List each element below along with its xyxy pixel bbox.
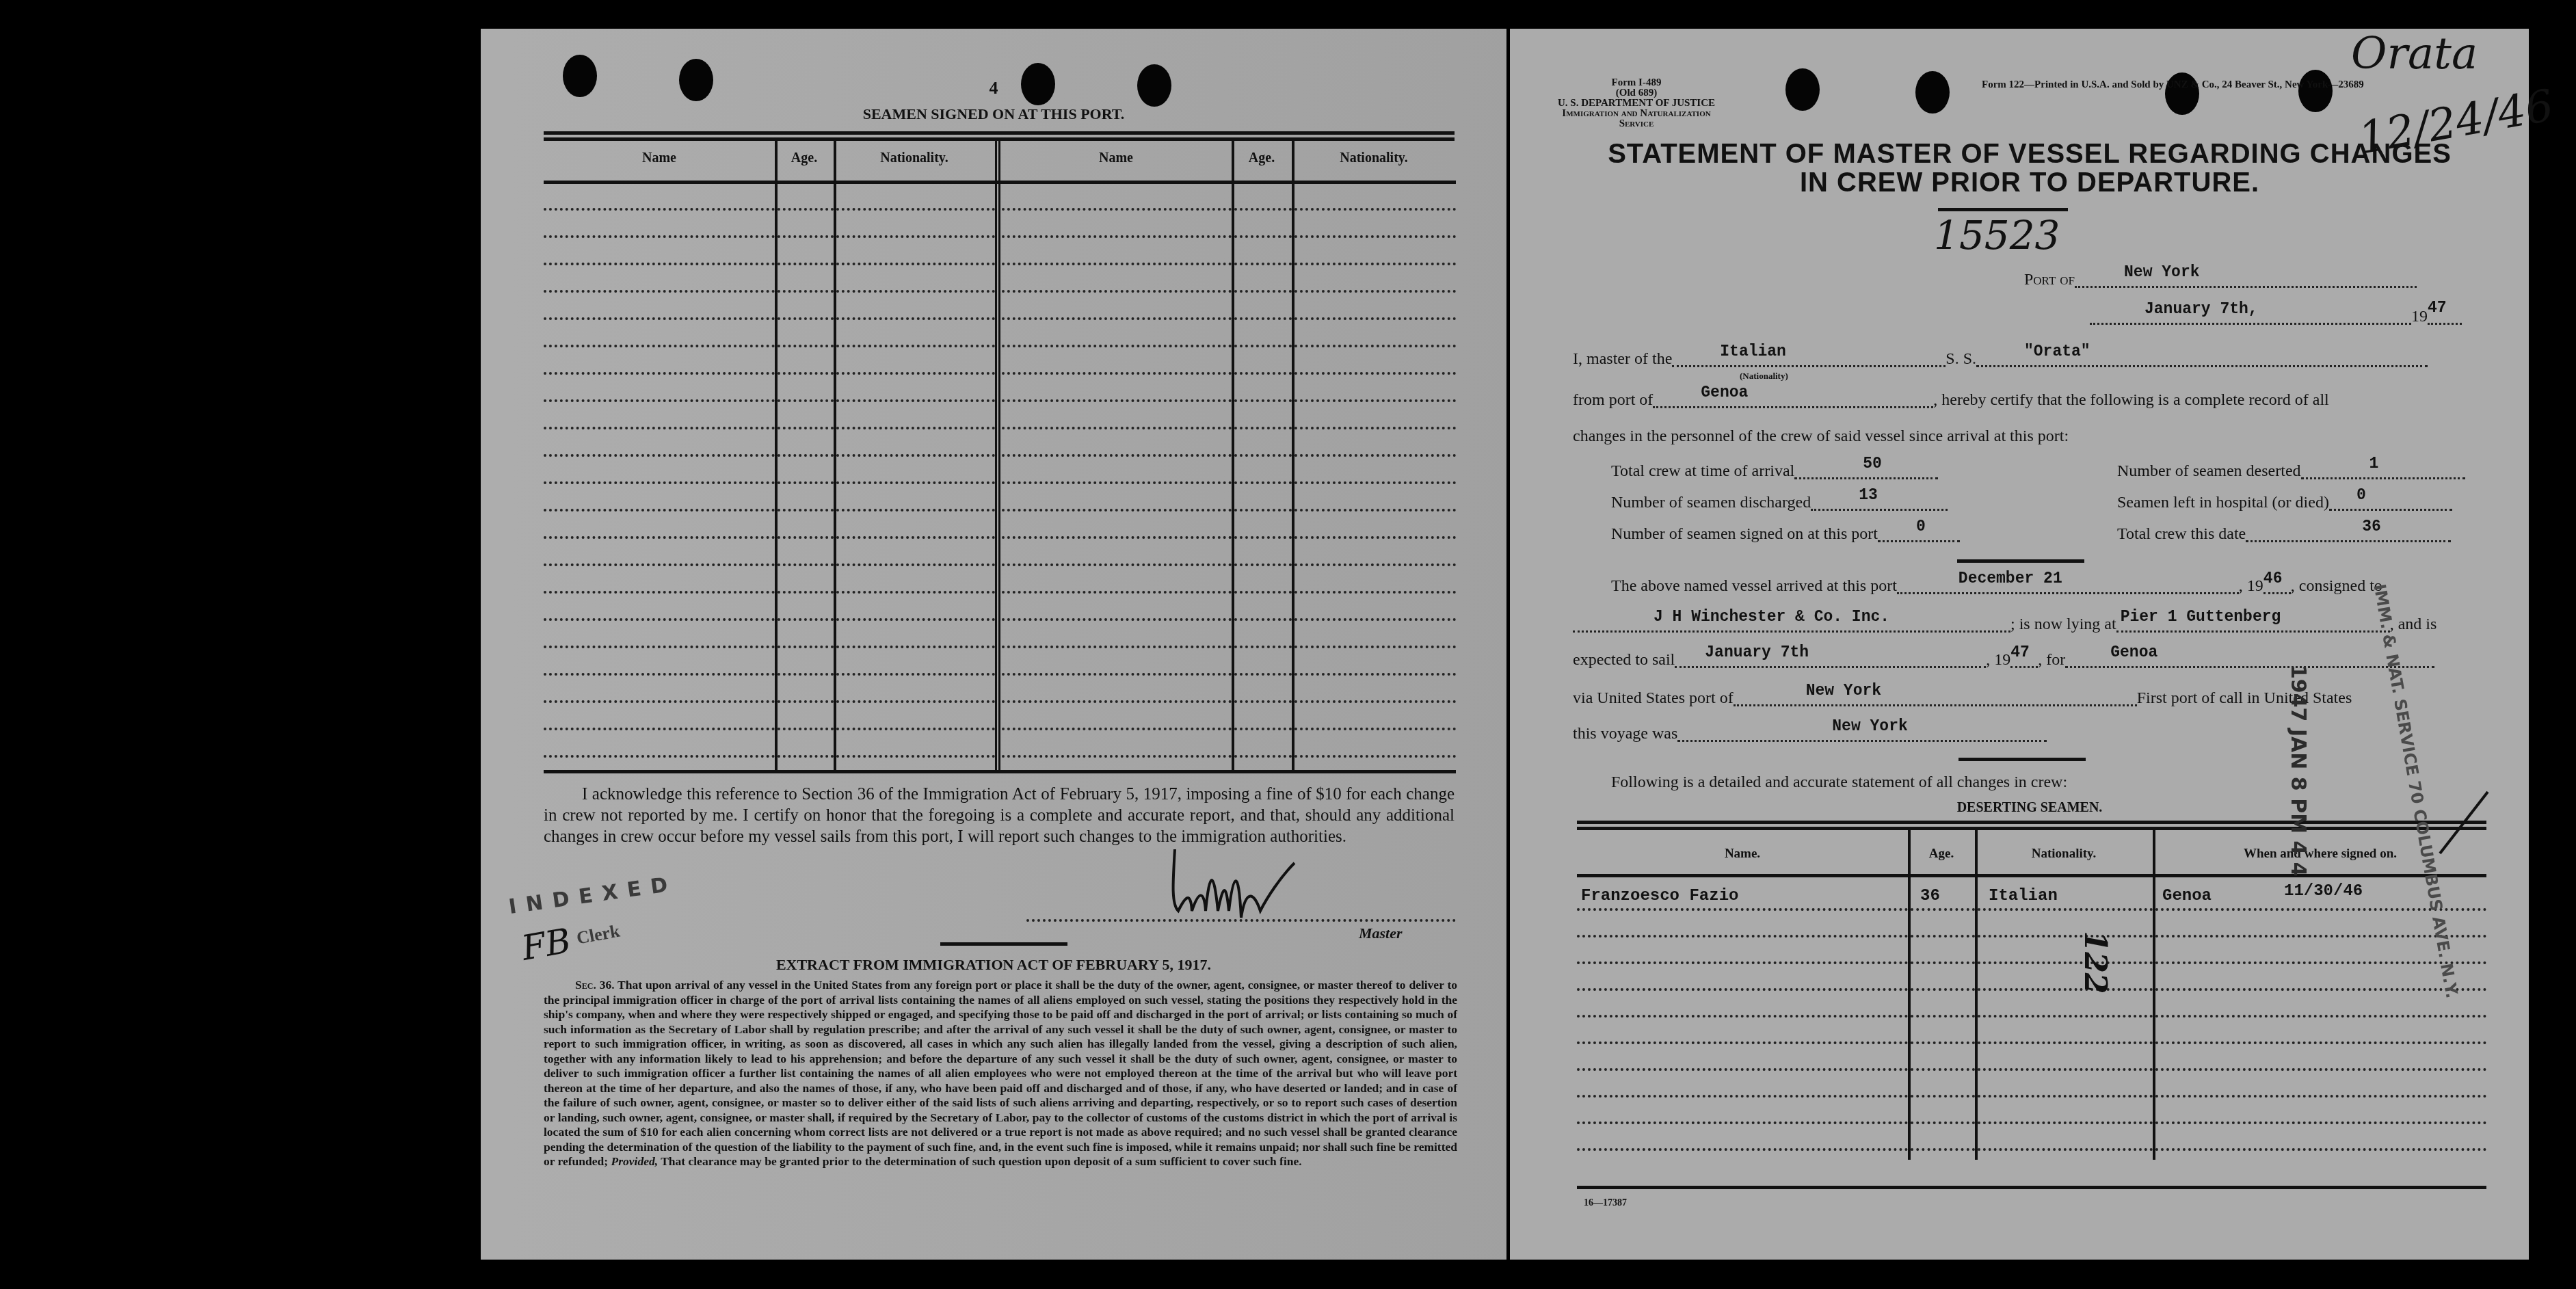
master-of-label: I, master of the xyxy=(1573,350,1672,368)
table-row-line xyxy=(1002,454,1232,457)
col-header-age: Age. xyxy=(1908,847,1975,862)
file-number: 15523 xyxy=(1934,212,2060,258)
table-row-line xyxy=(1577,1095,1908,1098)
extract-title: EXTRACT FROM IMMIGRATION ACT OF FEBRUARY… xyxy=(481,956,1506,974)
consignee-row: J H Winchester & Co. Inc.; is now lying … xyxy=(1573,611,2436,633)
extract-body: Sec. 36. That upon arrival of any vessel… xyxy=(544,978,1457,1169)
table-row-line xyxy=(1294,536,1456,539)
table-row-line xyxy=(778,700,834,703)
table-row-line xyxy=(544,235,775,238)
table-row-line xyxy=(1294,673,1456,676)
received-date-stamp: 1947 JAN 8 PM 4 4 xyxy=(2286,665,2310,877)
table-row-line xyxy=(836,290,995,293)
deserter-where: Genoa xyxy=(2162,887,2212,905)
table-row-line xyxy=(544,536,775,539)
port-of-value: New York xyxy=(2124,264,2417,280)
left-page-seamen-signed-on: 4 SEAMEN SIGNED ON AT THIS PORT. Name Ag… xyxy=(481,29,1506,1260)
table-row-line xyxy=(778,728,834,730)
table-row-line xyxy=(1002,399,1232,402)
voyage-value: New York xyxy=(1832,718,2047,734)
table-row-line xyxy=(1978,935,2153,938)
table-row-line xyxy=(1234,700,1292,703)
form-id: Form I-489 xyxy=(1551,78,1722,88)
arrived-year: 46 xyxy=(2263,570,2291,587)
table-row-line xyxy=(1234,673,1292,676)
via-label: via United States port of xyxy=(1573,689,1734,707)
table-row-line xyxy=(1234,728,1292,730)
punch-hole xyxy=(1785,68,1820,111)
table-row-line xyxy=(544,673,775,676)
table-row-line xyxy=(1234,536,1292,539)
table-row-line xyxy=(544,700,775,703)
table-row-line xyxy=(1294,591,1456,594)
table-row-line xyxy=(778,591,834,594)
table-row-line xyxy=(544,755,775,758)
nationality-value: Italian xyxy=(1720,343,1946,360)
column-divider xyxy=(2153,830,2155,1160)
deserter-nationality: Italian xyxy=(1989,887,2058,905)
table-row-line xyxy=(778,509,834,511)
table-row-line xyxy=(544,208,775,211)
table-row-line xyxy=(1002,618,1232,621)
table-row-line xyxy=(1002,509,1232,511)
consignee-value: J H Winchester & Co. Inc. xyxy=(1654,609,2010,625)
table-row-line xyxy=(836,536,995,539)
page-title: STATEMENT OF MASTER OF VESSEL REGARDING … xyxy=(1551,139,2508,197)
table-row-line xyxy=(544,345,775,347)
table-row-line xyxy=(1978,1015,2153,1018)
punch-hole xyxy=(1915,71,1950,114)
table-row-line xyxy=(1294,208,1456,211)
table-row-line xyxy=(1294,427,1456,429)
table-row-line xyxy=(1978,1041,2153,1044)
table-row-line xyxy=(836,591,995,594)
table-row-line xyxy=(544,290,775,293)
first-port-label: First port of call in United States xyxy=(2137,689,2352,707)
table-row-line xyxy=(1002,728,1232,730)
table-row-line xyxy=(1911,935,1975,938)
following-text: Following is a detailed and accurate sta… xyxy=(1611,774,2067,790)
separator xyxy=(1957,559,2084,563)
table-row-line xyxy=(778,399,834,402)
table-row-line xyxy=(1911,1121,1975,1124)
table-row-line xyxy=(1294,454,1456,457)
deserter-name: Franzoesco Fazio xyxy=(1581,887,1738,905)
printer-line: Form 122—Printed in U.S.A. and Sold by U… xyxy=(1982,79,2364,91)
table-row-line xyxy=(1002,235,1232,238)
table-bottom-rule xyxy=(1577,1186,2486,1189)
table-row-line xyxy=(778,646,834,648)
date-row: January 7th,1947 xyxy=(2090,302,2462,325)
table-row-line xyxy=(1294,235,1456,238)
table-row-line xyxy=(544,427,775,429)
table-row-line xyxy=(1294,646,1456,648)
table-row-line xyxy=(1294,700,1456,703)
table-row-line xyxy=(2155,1148,2486,1151)
table-row-line xyxy=(1294,481,1456,484)
extract-tail: That clearance may be granted prior to t… xyxy=(661,1154,1302,1168)
table-row-line xyxy=(2155,1015,2486,1018)
table-row-line xyxy=(544,591,775,594)
table-row-line xyxy=(1911,988,1975,991)
table-row-line xyxy=(1294,345,1456,347)
table-row-line xyxy=(1234,290,1292,293)
stat-signed-on: Number of seamen signed on at this port0 xyxy=(1611,524,2117,555)
table-row-line xyxy=(1002,563,1232,566)
table-row-line xyxy=(836,208,995,211)
table-row-line xyxy=(836,345,995,347)
year-value: 47 xyxy=(2428,300,2462,316)
table-row-line xyxy=(778,372,834,375)
table-row-line xyxy=(1002,673,1232,676)
table-row-line xyxy=(1911,1015,1975,1018)
table-row-line xyxy=(1002,755,1232,758)
clerk-label: Clerk xyxy=(575,921,622,949)
arrived-value: December 21 xyxy=(1958,570,2239,587)
table-row-line xyxy=(1234,372,1292,375)
table-row-line xyxy=(1294,755,1456,758)
from-port-label: from port of xyxy=(1573,391,1653,409)
table-row-line xyxy=(1978,1148,2153,1151)
table-row-line xyxy=(1294,263,1456,265)
table-row-line xyxy=(1234,235,1292,238)
table-row-line xyxy=(1234,591,1292,594)
col-header-nationality: Nationality. xyxy=(834,150,995,166)
table-row-line xyxy=(836,755,995,758)
table-row-line xyxy=(2155,1041,2486,1044)
table-row-line xyxy=(836,427,995,429)
year-prefix: 19 xyxy=(2411,308,2428,325)
deserter-age: 36 xyxy=(1920,887,1940,905)
table-row-line xyxy=(836,263,995,265)
table-row-line xyxy=(778,454,834,457)
table-row-line xyxy=(778,208,834,211)
check-mark xyxy=(2433,785,2495,860)
table-row-line xyxy=(1294,563,1456,566)
table-row-line xyxy=(836,317,995,320)
table-row-line xyxy=(1002,700,1232,703)
col-header-age: Age. xyxy=(775,150,834,166)
column-divider xyxy=(1908,830,1911,1160)
section-title: SEAMEN SIGNED ON AT THIS PORT. xyxy=(481,105,1506,123)
title-line-2: IN CREW PRIOR TO DEPARTURE. xyxy=(1551,168,2508,197)
table-row-line xyxy=(1911,961,1975,964)
table-row-line xyxy=(1911,908,1975,911)
punch-hole xyxy=(2298,70,2333,112)
separator xyxy=(940,942,1067,946)
column-divider-center xyxy=(995,141,1000,770)
table-row-line xyxy=(1002,317,1232,320)
table-row-line xyxy=(778,290,834,293)
table-row-line xyxy=(836,235,995,238)
table-row-line xyxy=(1002,263,1232,265)
table-row-line xyxy=(836,563,995,566)
stat-total-today: Total crew this date36 xyxy=(2117,524,2451,555)
lying-value: Pier 1 Guttenberg xyxy=(2121,609,2390,625)
table-row-line xyxy=(1577,935,1908,938)
crew-stats: Total crew at time of arrival50 Number o… xyxy=(1611,461,2527,555)
table-row-line xyxy=(1234,208,1292,211)
handwritten-ship-name: Orata xyxy=(2351,29,2478,79)
table-row-line xyxy=(2155,1121,2486,1124)
table-row-line xyxy=(1234,646,1292,648)
table-row-line xyxy=(1234,481,1292,484)
table-row-line xyxy=(836,372,995,375)
deserter-when: 11/30/46 xyxy=(2284,882,2363,901)
table-row-line xyxy=(1294,509,1456,511)
table-top-rule xyxy=(1577,821,2486,830)
extract-body-text: That upon arrival of any vessel in the U… xyxy=(544,978,1457,1168)
table-row-line xyxy=(1234,454,1292,457)
table-row-line xyxy=(1577,961,1908,964)
voyage-label: this voyage was xyxy=(1573,725,1677,743)
table-row-line xyxy=(1002,481,1232,484)
arrived-label: The above named vessel arrived at this p… xyxy=(1611,577,1897,595)
table-row-line xyxy=(2155,1068,2486,1071)
header-bottom-rule xyxy=(544,181,1456,184)
table-row-line xyxy=(1294,290,1456,293)
page-number: 4 xyxy=(481,78,1506,98)
table-row-line xyxy=(1002,646,1232,648)
table-row-line xyxy=(1234,618,1292,621)
col-header-name: Name. xyxy=(1577,847,1908,862)
table-row-line xyxy=(1234,427,1292,429)
port-of-label: Port of xyxy=(2024,271,2075,289)
ship-name: "Orata" xyxy=(2024,343,2428,360)
via-row: via United States port ofNew YorkFirst p… xyxy=(1573,688,2352,706)
certify-text: , hereby certify that the following is a… xyxy=(1933,391,2328,409)
table-row-line xyxy=(836,700,995,703)
form-old-id: (Old 689) xyxy=(1551,88,1722,98)
table-row-line xyxy=(1234,563,1292,566)
table-row-line xyxy=(1978,988,2153,991)
table-row-line xyxy=(544,263,775,265)
table-row-line xyxy=(836,618,995,621)
via-value: New York xyxy=(1806,682,2137,699)
table-row-line xyxy=(1234,263,1292,265)
table-row-line xyxy=(1577,1148,1908,1151)
voyage-row: this voyage wasNew York xyxy=(1573,723,2047,742)
table-row-line xyxy=(544,454,775,457)
from-port-value: Genoa xyxy=(1701,384,1933,401)
stamp-number: 122 xyxy=(2077,931,2112,994)
table-row-line xyxy=(544,563,775,566)
table-row-line xyxy=(1002,208,1232,211)
table-row-line xyxy=(1978,1121,2153,1124)
table-row-line xyxy=(544,646,775,648)
table-row-line xyxy=(544,317,775,320)
table-row-line xyxy=(1577,988,1908,991)
separator xyxy=(1958,758,2086,761)
table-row-line xyxy=(1911,1068,1975,1071)
table-row-line xyxy=(1294,372,1456,375)
table-row-line xyxy=(836,646,995,648)
print-code: 16—17387 xyxy=(1584,1198,1627,1209)
table-row-line xyxy=(1577,908,1908,911)
table-row-line xyxy=(1978,1095,2153,1098)
table-row-line xyxy=(1577,1041,1908,1044)
table-row-line xyxy=(1911,1095,1975,1098)
deserting-title: DESERTING SEAMEN. xyxy=(1551,800,2508,816)
from-port-row: from port ofGenoa, hereby certify that t… xyxy=(1573,390,2329,408)
extract-provided: Provided, xyxy=(611,1154,659,1168)
col-header-nationality-2: Nationality. xyxy=(1292,150,1456,166)
form-header: Form I-489 (Old 689) U. S. DEPARTMENT OF… xyxy=(1551,78,1722,129)
table-row-line xyxy=(1234,755,1292,758)
table-row-line xyxy=(1234,509,1292,511)
table-row-line xyxy=(778,673,834,676)
table-row-line xyxy=(1577,1121,1908,1124)
ss-label: S. S. xyxy=(1946,350,1976,368)
table-row-line xyxy=(1002,372,1232,375)
table-bottom-rule xyxy=(544,770,1456,773)
expected-label: expected to sail xyxy=(1573,651,1675,669)
expected-value: January 7th xyxy=(1705,644,1986,661)
table-row-line xyxy=(836,454,995,457)
master-label: Master xyxy=(1359,925,1403,942)
table-row-line xyxy=(1294,399,1456,402)
table-row-line xyxy=(778,317,834,320)
table-row-line xyxy=(778,563,834,566)
date-value: January 7th, xyxy=(2145,301,2411,317)
col-header-name-2: Name xyxy=(1000,150,1232,166)
port-of-row: Port ofNew York xyxy=(2024,269,2417,288)
arrived-row: The above named vessel arrived at this p… xyxy=(1611,576,2382,594)
header-bottom-rule xyxy=(1577,874,2486,877)
col-header-name: Name xyxy=(544,150,775,166)
table-row-line xyxy=(836,399,995,402)
table-row-line xyxy=(1577,1015,1908,1018)
table-row-line xyxy=(1294,618,1456,621)
stat-discharged: Number of seamen discharged13 xyxy=(1611,492,2117,524)
master-signature xyxy=(1165,842,1383,931)
expected-year: 47 xyxy=(2010,644,2038,661)
table-row-line xyxy=(2155,988,2486,991)
title-line-1: STATEMENT OF MASTER OF VESSEL REGARDING … xyxy=(1551,139,2508,168)
lying-label: ; is now lying at xyxy=(2010,615,2116,633)
table-row-line xyxy=(836,728,995,730)
extract-section-label: Sec. 36. xyxy=(575,978,615,992)
department: U. S. DEPARTMENT OF JUSTICE xyxy=(1551,98,1722,109)
column-divider xyxy=(1975,830,1978,1160)
table-row-line xyxy=(1911,1041,1975,1044)
table-row-line xyxy=(778,755,834,758)
file-number-rule xyxy=(1938,208,2068,211)
table-row-line xyxy=(1002,290,1232,293)
table-row-line xyxy=(1234,345,1292,347)
table-row-line xyxy=(778,427,834,429)
master-of-row: I, master of theItalianS. S."Orata" xyxy=(1573,349,2428,367)
nationality-caption: (Nationality) xyxy=(1740,371,1788,382)
table-row-line xyxy=(1978,908,2153,911)
table-row-line xyxy=(1002,591,1232,594)
table-row-line xyxy=(1234,399,1292,402)
table-row-line xyxy=(778,235,834,238)
col-header-age-2: Age. xyxy=(1232,150,1292,166)
table-row-line xyxy=(1978,1068,2153,1071)
table-row-line xyxy=(778,345,834,347)
service: Immigration and Naturalization Service xyxy=(1551,109,1722,129)
table-row-line xyxy=(544,399,775,402)
table-row-line xyxy=(1577,1068,1908,1071)
indexed-stamp: INDEXED xyxy=(507,872,679,919)
signature-line xyxy=(1026,919,1456,922)
table-row-line xyxy=(1002,345,1232,347)
right-page-statement-of-master: Orata 12/24/46 Form I-489 (Old 689) U. S… xyxy=(1510,29,2529,1260)
table-row-line xyxy=(544,481,775,484)
table-row-line xyxy=(836,509,995,511)
table-row-line xyxy=(778,618,834,621)
table-row-line xyxy=(836,673,995,676)
table-row-line xyxy=(544,509,775,511)
table-row-line xyxy=(1294,317,1456,320)
table-row-line xyxy=(544,728,775,730)
table-row-line xyxy=(778,263,834,265)
table-row-line xyxy=(1911,1148,1975,1151)
changes-text: changes in the personnel of the crew of … xyxy=(1573,428,2069,444)
table-row-line xyxy=(1002,536,1232,539)
stats-row: Number of seamen signed on at this port0… xyxy=(1611,524,2527,555)
table-row-line xyxy=(836,481,995,484)
table-row-line xyxy=(1978,961,2153,964)
table-row-line xyxy=(1294,728,1456,730)
acknowledgement-text: I acknowledge this reference to Section … xyxy=(544,784,1455,847)
table-row-line xyxy=(544,618,775,621)
table-row-line xyxy=(2155,1095,2486,1098)
col-header-nationality: Nationality. xyxy=(1975,847,2153,862)
table-row-line xyxy=(778,536,834,539)
table-row-line xyxy=(1002,427,1232,429)
table-top-rule xyxy=(544,131,1455,141)
table-row-line xyxy=(1234,317,1292,320)
table-row-line xyxy=(544,372,775,375)
for-label: , for xyxy=(2038,651,2065,669)
table-row-line xyxy=(778,481,834,484)
consigned-label: , consigned to xyxy=(2291,577,2382,595)
